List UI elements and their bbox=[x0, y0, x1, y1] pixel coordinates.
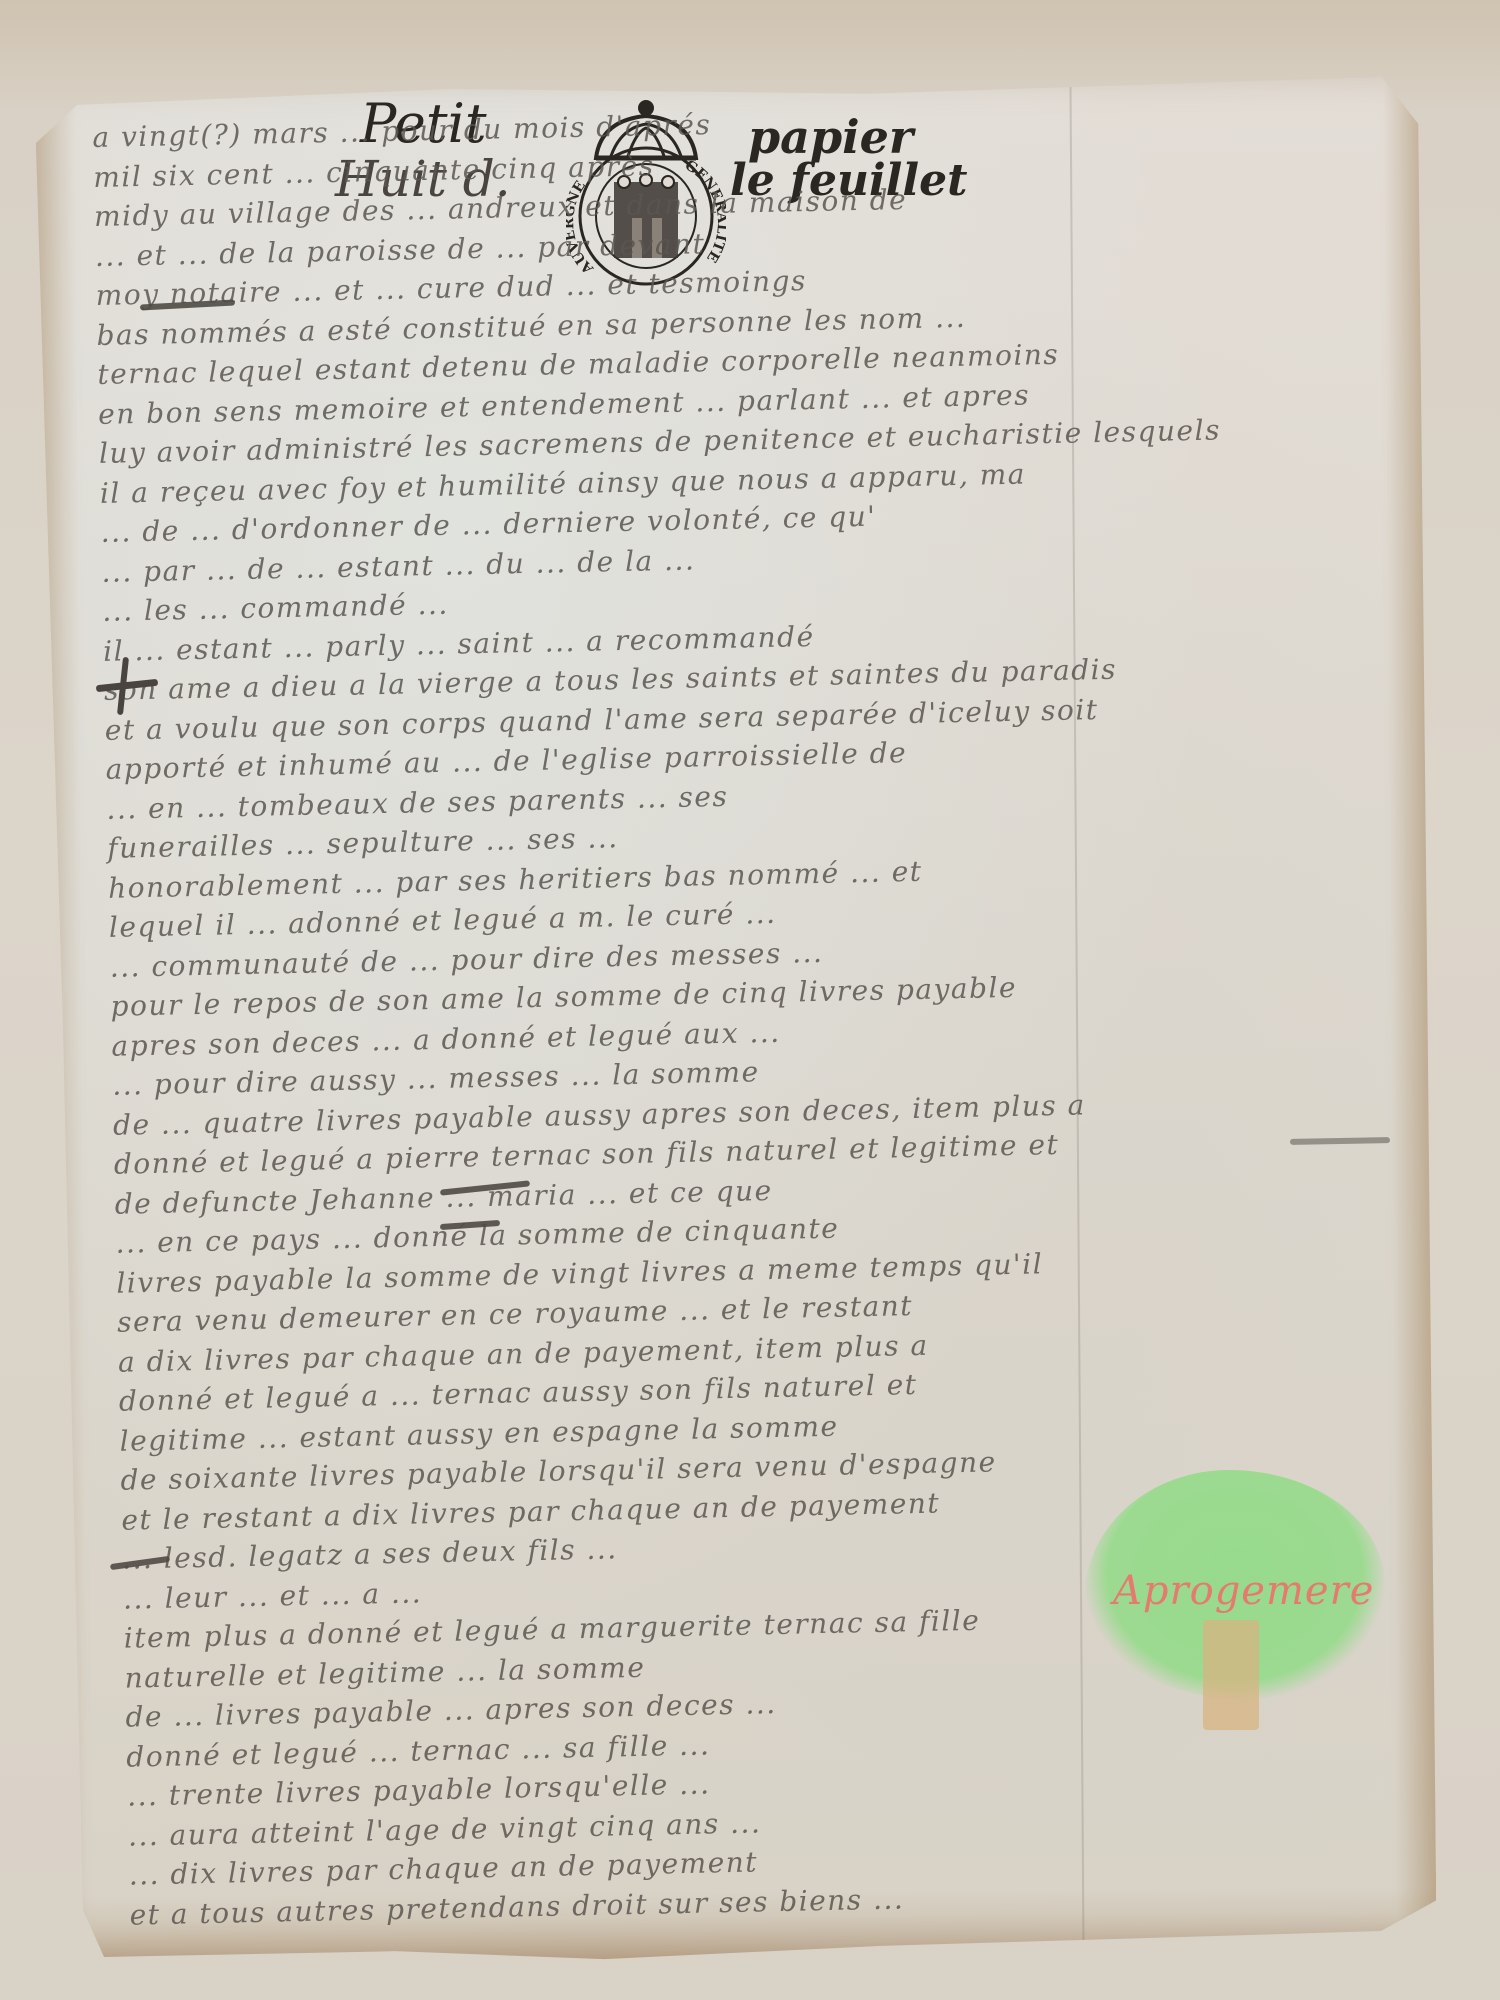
left-edge-stain bbox=[35, 77, 88, 1967]
watermark-tree-logo: Aprogemere bbox=[1085, 1470, 1385, 1730]
tree-trunk-icon bbox=[1203, 1620, 1259, 1730]
margin-cross-mark bbox=[88, 652, 158, 722]
watermark-text: Aprogemere bbox=[1113, 1568, 1374, 1614]
